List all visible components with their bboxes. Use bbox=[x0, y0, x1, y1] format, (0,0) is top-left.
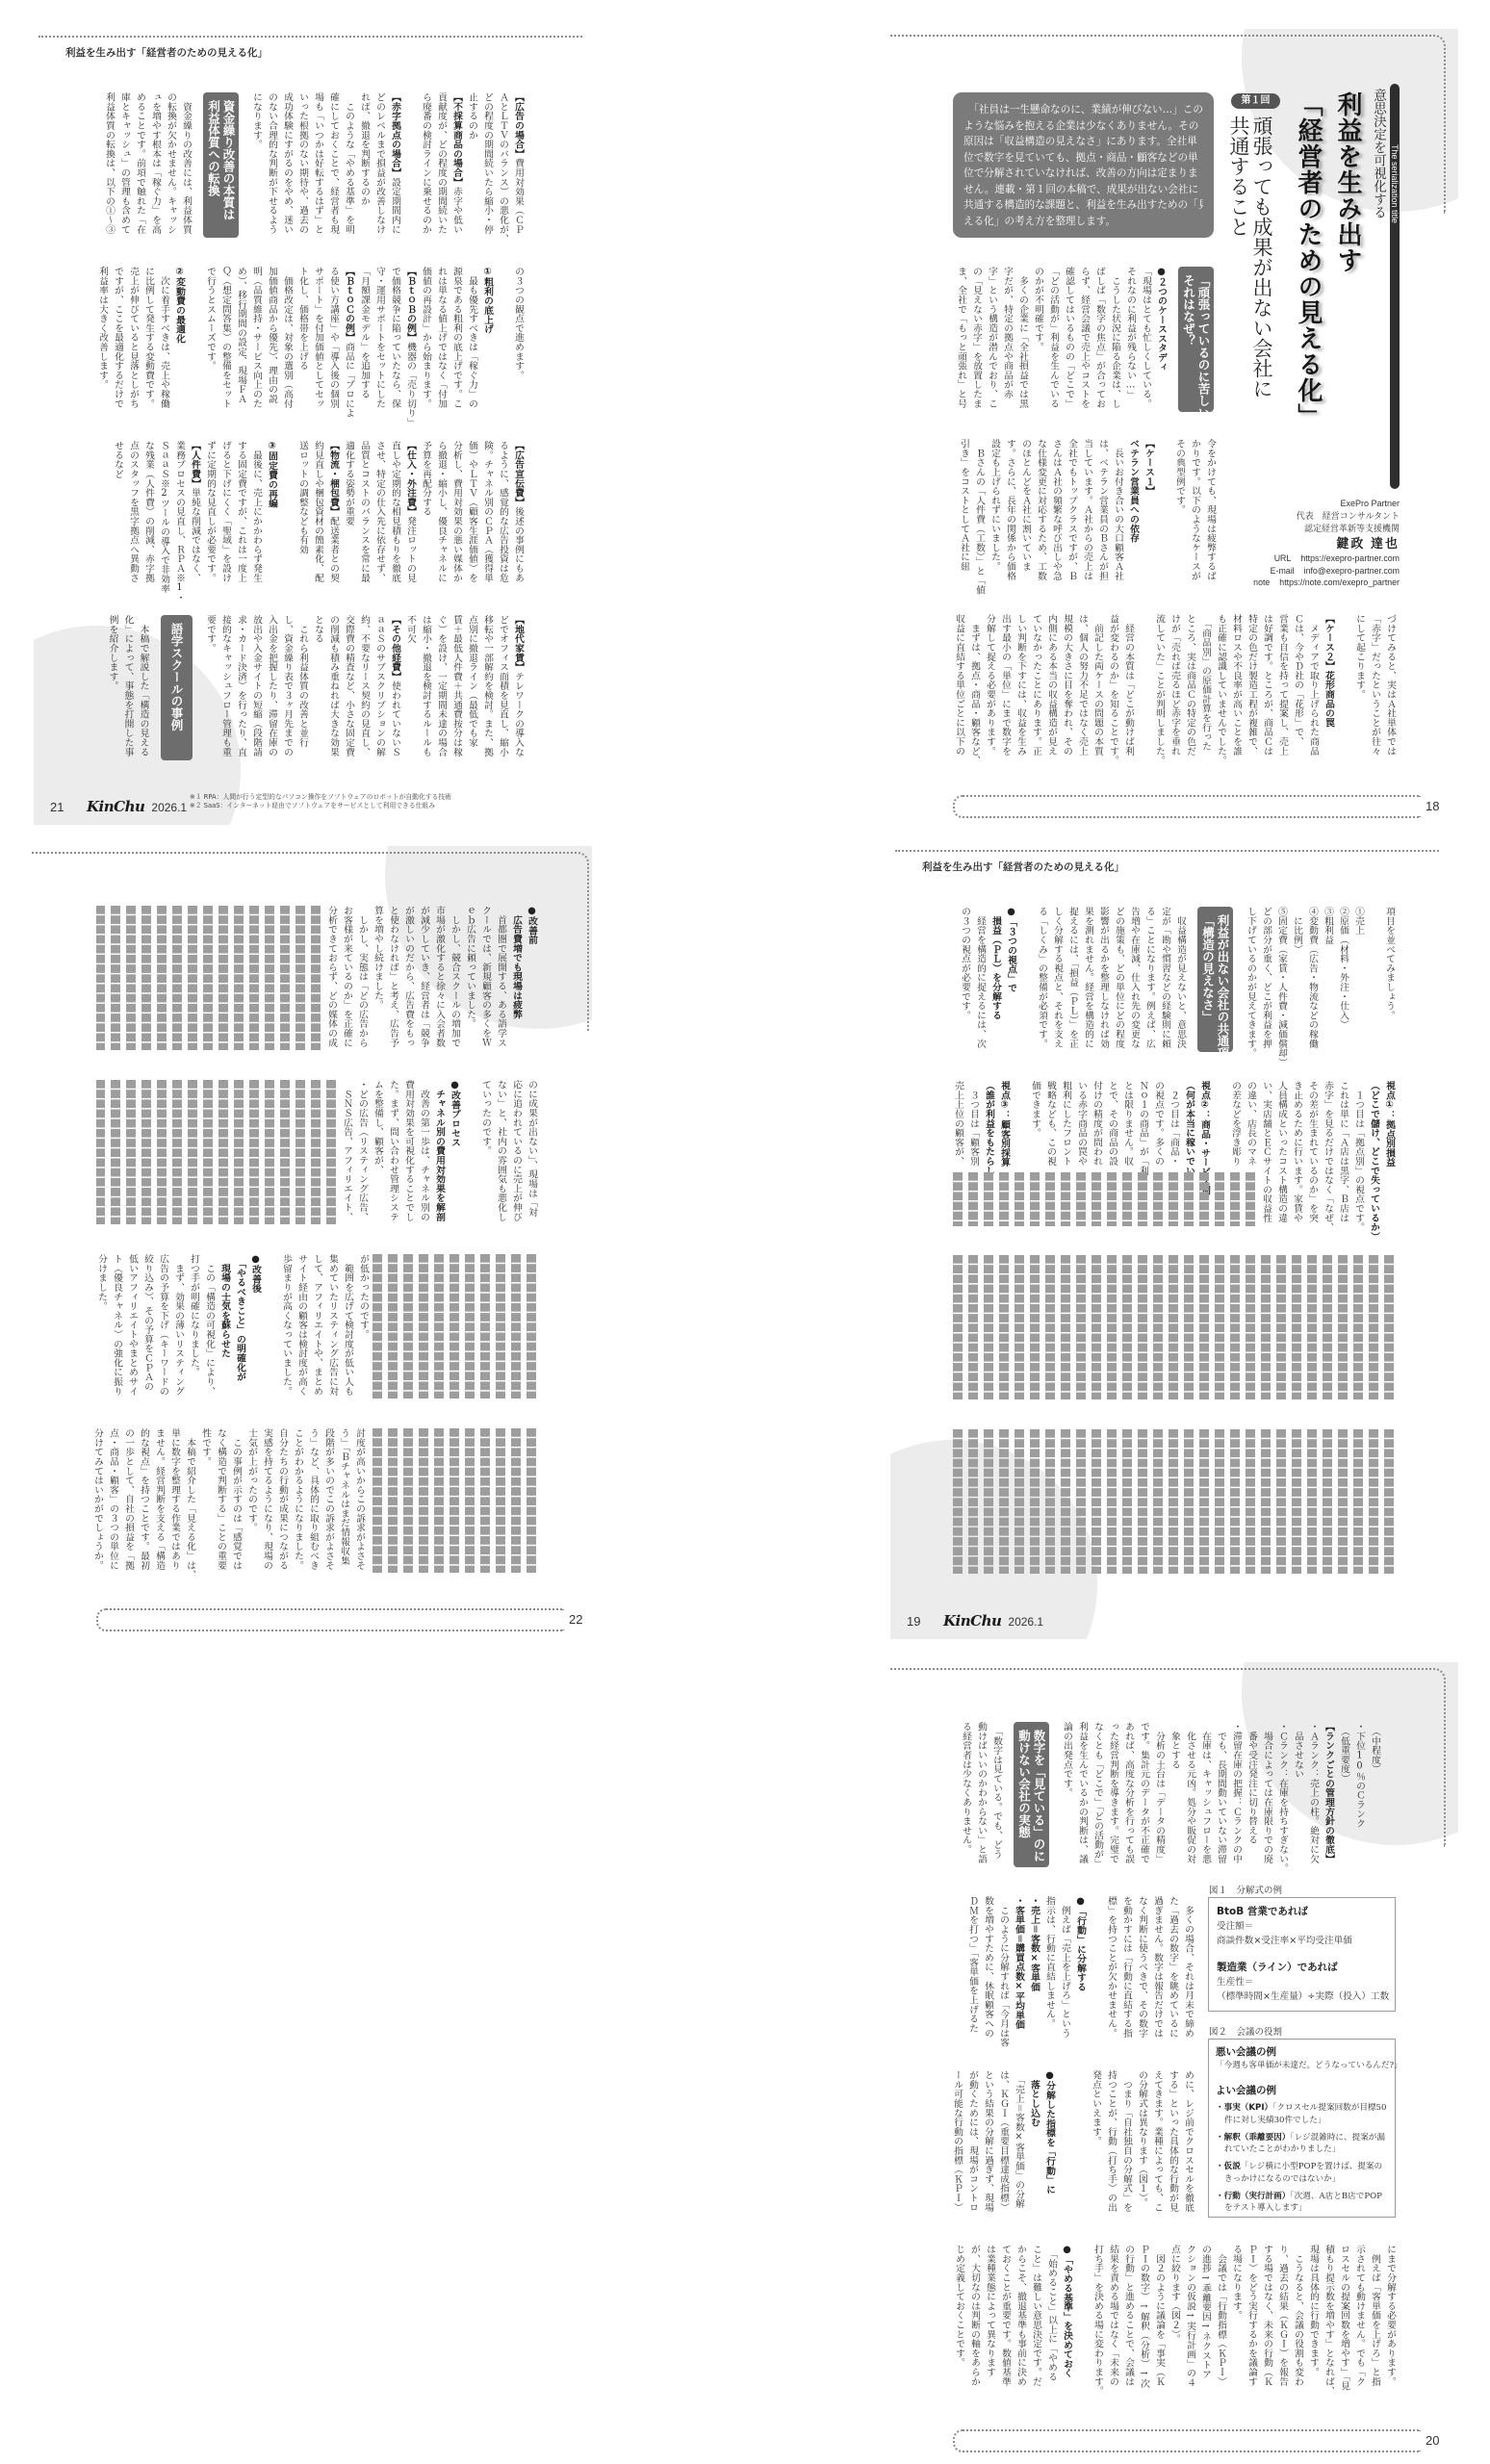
text-column: ＰＩ）をどう実行するかを議論す bbox=[1244, 2245, 1259, 2391]
text-column: 放出や入金サイトの短縮（段階請 bbox=[248, 615, 264, 761]
text-column: にして起こります。 bbox=[1351, 614, 1367, 760]
text-run: 赤字や低い bbox=[451, 187, 462, 234]
good-meeting-item: ・事実（KPI）「クロスセル提案回数が目標50件に対し実績30件でした」 bbox=[1216, 2102, 1388, 2126]
text-column: 分析できておらず、どの媒体の成 bbox=[323, 906, 339, 1052]
author-certification: 認定経営革新等支援機関 bbox=[1253, 523, 1400, 535]
text-column: 点別に撤退ライン（最低でも家 bbox=[464, 615, 479, 761]
text-column: 化させる元凶。処分や販促の対 bbox=[1182, 1722, 1197, 1868]
article-subtitle: 頑張っても成果が出ない会社に 共通すること bbox=[1227, 115, 1273, 398]
text-column: 利益率は大きく改善します。 bbox=[94, 267, 110, 413]
text-column: まずは、拠点・商品・顧客など、 bbox=[966, 614, 982, 760]
text-column: しく分解する視点と、それを支え bbox=[1049, 907, 1065, 1053]
page-22-tier-2: のに成果が出ない」、現場は「対応に追われているのに売上が伸びない」と、社内の雰囲… bbox=[339, 1080, 539, 1226]
page-21-footnotes: ※１ RPA：人間が行う定型的なパソコン操作をソフトウェアのロボットが自動化する… bbox=[190, 793, 451, 810]
text-column: 字だが、特定の拠点や商品が赤 bbox=[999, 267, 1015, 413]
subheading-column: （どこで儲け、どこで失っているか） bbox=[1366, 1081, 1381, 1227]
text-column: 「数字は見ている。でも、どう bbox=[989, 1722, 1004, 1868]
section-heading-line: それはなぜ？ bbox=[1181, 274, 1196, 404]
text-column: 確にしておくことで、経営者も現 bbox=[325, 92, 341, 239]
text-column: 果を測れません。経営を構造的に bbox=[1080, 907, 1095, 1053]
subheading-column: ●改善プロセス bbox=[447, 1080, 462, 1226]
blank-column bbox=[1336, 614, 1351, 760]
text-column: Ｂさんの「人件費（工数）」と「値 bbox=[971, 439, 987, 585]
text-column: ＤＭを打つ」「客単価を上げるた bbox=[964, 1896, 980, 2042]
text-column: 規模の大きさに目を奪われ、その bbox=[1059, 614, 1074, 760]
blank-column bbox=[1018, 907, 1034, 1053]
subheading-column: ●「行動」に分解する bbox=[1072, 1896, 1088, 2042]
illegible-text-region bbox=[367, 1428, 539, 1573]
text-column: 特定の色だけ製造工程が複雑で、 bbox=[1244, 614, 1259, 760]
text-column: お客様が来ているのか」を正確に bbox=[339, 906, 354, 1052]
text-column: ら廃番の検討ラインに乗せるのか bbox=[418, 92, 433, 239]
text-column: 打ち手」を決める場に変わります。 bbox=[1090, 2245, 1105, 2391]
text-column: た「過去の数字」を眺めているに bbox=[1165, 1896, 1180, 2042]
subheading-column: 【ランクごとの管理方針の徹底】 bbox=[1321, 1722, 1336, 1868]
text-column: 数を増やすために、休眠顧客への bbox=[980, 1896, 995, 2042]
text-run: 配送業者との契 bbox=[328, 516, 339, 582]
item-label: ・事実（KPI） bbox=[1216, 2103, 1272, 2113]
text-column: 性です。 bbox=[197, 1428, 213, 1575]
page-21-footer: 21 KinChu 2026.1 bbox=[50, 798, 187, 815]
figure-1-formula-line: 商談件数×受注率×平均受注単価 bbox=[1217, 1934, 1387, 1948]
text-column: なく構造で判断する」ことの重要 bbox=[213, 1428, 228, 1575]
text-column: さんはＡ社の頻繁な呼び出しや急 bbox=[1048, 439, 1064, 585]
inline-bold-label: 【赤字拠点の場合】 bbox=[390, 92, 400, 177]
figure-1-heading: 製造業（ライン）であれば bbox=[1217, 1961, 1387, 1975]
text-column: 資金繰りの改善には、利益体質 bbox=[178, 92, 193, 239]
illegible-text-region bbox=[949, 1172, 1258, 1226]
text-column: 指示は、行動に直結しません。 bbox=[1041, 1896, 1057, 2042]
text-column: ない」と、社内の雰囲気も悪化し bbox=[493, 1080, 508, 1226]
text-column: 求・カード決済）を行ったり、直 bbox=[233, 615, 248, 761]
text-column: る「しくみ」の整備が必須です。 bbox=[1034, 907, 1049, 1053]
text-column: どの部分が重く、どこが利益を押 bbox=[1258, 907, 1273, 1053]
text-column: げると下げにくく「聖域」を設け bbox=[218, 441, 233, 587]
illegible-text-region bbox=[96, 906, 323, 1050]
section-heading-line: 利益体質への転換 bbox=[206, 100, 221, 230]
text-column: 利益を生んでいるかの判断は、議 bbox=[1074, 1722, 1090, 1868]
text-column: になります。 bbox=[248, 92, 264, 239]
text-column: は業種業態によって異なります bbox=[982, 2245, 997, 2391]
section-heading-line: 「構造の見えなさ」 bbox=[1200, 914, 1216, 1044]
blank-column bbox=[187, 267, 202, 413]
text-column: 【その他経費】使われていないＳ bbox=[387, 615, 402, 761]
page-19-tier-1: 項目を並べてみましょう。①売上②原価（材料・外注・仕入）③粗利益④変動費（広告・… bbox=[949, 907, 1397, 1053]
text-column: 低いアフィリエイトやまとめサイ bbox=[124, 1254, 140, 1400]
text-column: 費用対効果を可視化することでし bbox=[400, 1080, 416, 1226]
illegible-text-region bbox=[953, 1429, 1397, 1574]
text-column: は好調です。ところが、商品Ｃは bbox=[1259, 614, 1274, 760]
item-label: ・行動（実行計画） bbox=[1216, 2192, 1290, 2201]
text-column: 守・運用サポートをセットにした bbox=[372, 267, 387, 413]
text-column: 成功体験にすがるのをやめ、迷い bbox=[279, 92, 295, 239]
title-line-2: 「経営者のための見える化」 bbox=[1288, 91, 1327, 429]
text-column: 多くの場合、それは月末で締め bbox=[1180, 1896, 1195, 2042]
text-column: 【赤字拠点の場合】設定期間内に bbox=[387, 92, 402, 239]
lead-line: 共通する構造的な課題と、利益を生み出すための「見 bbox=[963, 197, 1203, 214]
section-heading-box: 利益が出ない会社の共通項「構造の見えなさ」 bbox=[1197, 907, 1233, 1052]
text-column: は、ベテラン営業員のＢさんが担 bbox=[1094, 439, 1110, 585]
figure-1-formula-line: （標準時間×生産量）÷実際（投入）工数 bbox=[1217, 1989, 1387, 2004]
text-column: 化」によって、事態を打開した事 bbox=[120, 615, 136, 761]
illegible-text-region bbox=[371, 1254, 539, 1399]
lead-line: ような悩みを抱える企業は少なくありません。その bbox=[963, 118, 1203, 135]
text-column: 場合によっては在庫限りでの廃 bbox=[1259, 1722, 1274, 1868]
page-22-tier-4: 討度が高いからこの訴求がよさそう」「Ｂチャネルはまだ情報収集段階が多いのでこの訴… bbox=[92, 1428, 367, 1575]
text-column: の３つの視点が必要です。 bbox=[957, 907, 972, 1053]
text-column: 確認してはいるものの「どこで」 bbox=[1061, 267, 1076, 413]
text-column: ①売上 bbox=[1350, 907, 1366, 1053]
text-column: 約、不要なリース契約の見直し、 bbox=[356, 615, 372, 761]
lead-paragraph-box: 「社員は一生懸命なのに、業績が伸びない…」この ような悩みを抱える企業は少なくあ… bbox=[953, 92, 1214, 238]
text-column: 送ロットの調整なども有効 bbox=[295, 441, 310, 587]
text-column: 項目を並べてみましょう。 bbox=[1381, 907, 1397, 1053]
text-column: メディアで取り上げられた商品 bbox=[1305, 614, 1321, 760]
text-column: いった根拠のない期待や、過去の bbox=[295, 92, 310, 239]
text-column: る使い方講座」や「導入後の個別 bbox=[325, 267, 341, 413]
text-column: これは単に「Ａ店は黒字、Ｂ店は bbox=[1335, 1081, 1350, 1227]
lead-line: 位で数字を見ていても、拠点・商品・顧客などの単 bbox=[963, 150, 1203, 167]
text-column: という結果の分解に過ぎず、現場 bbox=[980, 2070, 995, 2217]
blank-column bbox=[495, 267, 510, 413]
text-column: （低重要度） bbox=[1336, 1722, 1351, 1868]
figure-1-formula-line: 受注額＝ bbox=[1217, 1919, 1387, 1934]
text-column: 適化する姿勢が重要 bbox=[341, 441, 356, 587]
section-heading-box: 語学スクールの事例 bbox=[161, 615, 193, 760]
text-column: と使わなければ」と考え、広告予 bbox=[385, 906, 400, 1052]
text-column: 分けました。 bbox=[93, 1254, 109, 1400]
text-column: 会議では「行動指標（ＫＰＩ） bbox=[1213, 2245, 1228, 2391]
subheading-column: ・売上＝客数×客単価 bbox=[1026, 1896, 1041, 2042]
text-column: 品させない bbox=[1290, 1722, 1305, 1868]
text-column: 全社でもトップクラスですが、Ｂ bbox=[1064, 439, 1079, 585]
text-column: 不可欠 bbox=[402, 615, 418, 761]
text-column: サイト経由の顧客は検討度が高く bbox=[294, 1254, 309, 1400]
text-column: かりです。以下のようなケースが bbox=[1187, 439, 1202, 585]
blank-column bbox=[1057, 2070, 1072, 2217]
text-column: ムを整備し、顧客が、 bbox=[370, 1080, 385, 1226]
item-label: ・解釈（乖離要因） bbox=[1216, 2133, 1290, 2143]
magazine-logo: KinChu bbox=[87, 798, 144, 815]
text-column: 分解して捉える必要があります。 bbox=[982, 614, 997, 760]
text-column: 最も優先すべきは「稼ぐ力」の bbox=[464, 267, 479, 413]
figure-1-formula-line: 生産性＝ bbox=[1217, 1975, 1387, 1989]
subheading-column: ●分解した指標を「行動」に bbox=[1041, 2070, 1057, 2217]
text-run: テレワークの導入な bbox=[513, 672, 524, 757]
text-column: その典型例です。 bbox=[1171, 439, 1187, 585]
text-run: 設定期間内に bbox=[390, 177, 400, 234]
text-run: 商品に「プロによ bbox=[344, 342, 354, 417]
text-column: 分析し、費用対効果の悪い媒体か bbox=[449, 441, 464, 587]
text-column: 積もり提示数を増やす」となれば、 bbox=[1321, 2245, 1336, 2391]
text-column: らず、経営会議で売上やコストを bbox=[1076, 267, 1092, 413]
subheading-column: ②変動費の最適化 bbox=[171, 267, 187, 413]
text-column: るように、感覚的な広告投資は危 bbox=[495, 441, 510, 587]
text-column: 「売上＝客数×客単価」の分解 bbox=[1011, 2070, 1026, 2217]
subtitle-line-2: 共通すること bbox=[1227, 115, 1250, 398]
lead-line: 「社員は一生懸命なのに、業績が伸びない…」この bbox=[963, 102, 1203, 118]
text-column: せるなど bbox=[110, 441, 125, 587]
text-column: 源泉である粗利の底上げです。こ bbox=[449, 267, 464, 413]
text-run: 単純な削減ではなく、 bbox=[190, 488, 200, 582]
text-column: 首都圏で展開する、ある語学ス bbox=[493, 906, 508, 1052]
author-contact-note: notehttps://note.com/exepro_partner bbox=[1253, 577, 1400, 589]
text-column: う」「Ｂチャネルはまだ情報収集 bbox=[336, 1428, 351, 1575]
text-column: し、資金繰り表で３ヶ月先までの bbox=[279, 615, 295, 761]
text-column: 出す最小の「単位」にまで数字を bbox=[997, 614, 1013, 760]
text-column: 本稿で紹介した「見える化」は、 bbox=[182, 1428, 197, 1575]
text-column: 本稿で解説した「構造の見える bbox=[136, 615, 151, 761]
text-column: 売上が伸びていると見落としがち bbox=[125, 267, 141, 413]
text-column: ュを増やす根本は「稼ぐ力」を高 bbox=[147, 92, 163, 239]
text-column: 利益体質の転換は、以下の①～③ bbox=[101, 92, 116, 239]
text-column: この事例が示すのは「感覚では bbox=[228, 1428, 244, 1575]
text-column: が動くためには、現場がコントロ bbox=[964, 2070, 980, 2217]
subheading-column: ●改善後 bbox=[247, 1254, 263, 1400]
text-column: どでオフィス面積を見直し、縮小 bbox=[495, 615, 510, 761]
figure-1-caption: 図１ 分解式の例 bbox=[1209, 1883, 1282, 1896]
text-column: 例を紹介します。 bbox=[105, 615, 120, 761]
section-heading-line: 数字を「見ている」のに bbox=[1032, 1730, 1047, 1860]
page-22-tier-1: ●改善前 広告費増でも現場は疲弊 首都圏で展開する、ある語学スクールでは、新規顧… bbox=[323, 906, 539, 1052]
text-column: のない合理的な判断が下せるよう bbox=[264, 92, 279, 239]
text-column: このように分解すれば「今月は客 bbox=[995, 1896, 1011, 2042]
series-episode-badge: 第１回 bbox=[1231, 93, 1280, 109]
subheading-column: 損益（ＰＬ）を分解する bbox=[988, 907, 1003, 1053]
text-column: に比例して発生する変動費です。 bbox=[141, 267, 156, 413]
contact-label: E-mail bbox=[1271, 566, 1295, 576]
text-column: こうなると、会議の役割も変わ bbox=[1290, 2245, 1305, 2391]
text-column: ・滞留在庫の把握：Ｃランクの中 bbox=[1228, 1722, 1244, 1868]
text-column: 点のスタッフを黒字拠点へ異動さ bbox=[125, 441, 141, 587]
text-column: 【不採算商品の場合】赤字や低い bbox=[449, 92, 464, 239]
text-column: 収益構造が見えないと、意思決 bbox=[1172, 907, 1188, 1053]
text-column: が減少していき、経営者は「競争 bbox=[416, 906, 431, 1052]
text-column: 経営の本質は「どこが動けば利 bbox=[1120, 614, 1136, 760]
contact-label: URL bbox=[1274, 553, 1292, 563]
text-column: えてきます。業種によっても、こ bbox=[1149, 2070, 1165, 2217]
text-column: でも、長期間動いていない滞留 bbox=[1213, 1722, 1228, 1868]
blank-column bbox=[1088, 1896, 1103, 2042]
text-column: な仕様変更に対応するため、工数 bbox=[1033, 439, 1048, 585]
page-19-top-rule bbox=[895, 850, 1439, 852]
text-column: 【仕入・外注費】発注ロットの見 bbox=[402, 441, 418, 587]
text-column: のに成果が出ない」、現場は「対 bbox=[524, 1080, 539, 1226]
text-column: クションの仮説→実行計画」の４ bbox=[1182, 2245, 1197, 2391]
subheading-column: 【ケース２】花形商品の罠 bbox=[1321, 614, 1336, 760]
page-21-tier-4: 【地代家賃】テレワークの導入などでオフィス面積を見直し、縮小移転や一部解約を検討… bbox=[92, 615, 526, 761]
item-label: ・仮説 bbox=[1216, 2162, 1241, 2171]
text-column: これら利益体質の改善と並行 bbox=[295, 615, 310, 761]
text-column: 明（品質維持・サービス向上のた bbox=[248, 267, 264, 413]
text-column: めに、レジ前でクロスセルを徹底 bbox=[1180, 2070, 1195, 2217]
text-column: 告増や在庫減、仕入れ先の変更な bbox=[1126, 907, 1142, 1053]
text-column: る経営者は少なくありません。 bbox=[958, 1722, 973, 1868]
author-contact-email: E-mailinfo@exepro-partner.com bbox=[1253, 565, 1400, 577]
blank-column bbox=[402, 92, 418, 239]
text-column: 【ＢｔｏＣの例】商品に「プロによ bbox=[341, 267, 356, 413]
subheading-column: ①粗利の底上げ bbox=[479, 267, 495, 413]
text-column: は縮小・撤退を検討するルールも bbox=[418, 615, 433, 761]
text-column: となる bbox=[310, 615, 325, 761]
text-column: 論の出発点です。 bbox=[1059, 1722, 1074, 1868]
text-column: 広告の予算を下げ（キーワードの bbox=[155, 1254, 170, 1400]
text-column: する」といった具体的な行動が見 bbox=[1165, 2070, 1180, 2217]
text-column: ト（優良チャネル）の強化に振り bbox=[109, 1254, 124, 1400]
text-column: です。集計元のデータが不正確で bbox=[1136, 1722, 1151, 1868]
text-column: る場になります。 bbox=[1228, 2245, 1244, 2391]
text-column: 例えば「売上を上げろ」という bbox=[1057, 1896, 1072, 2042]
text-column: ール可能な行動の指標（ＫＰＩ） bbox=[949, 2070, 964, 2217]
subheading-column: ●「やめる基準」を決めておく bbox=[1059, 2245, 1074, 2391]
figure-2-box: 悪い会議の例 「今週も客単価が未達だ。どうなっているんだ?」 よい会議の例 ・事… bbox=[1208, 2039, 1396, 2218]
text-run: 後述の事例にもあ bbox=[513, 507, 524, 582]
text-column: ＳａａＳ※2ツールの導入で非効率 bbox=[156, 441, 171, 587]
subheading-column: ●改善前 bbox=[524, 906, 539, 1052]
subheading-column: 広告費増でも現場は疲弊 bbox=[508, 906, 524, 1052]
text-column: れは単なる値上げではなく「付加 bbox=[433, 267, 449, 413]
text-column: 打つ手が明確になりました。 bbox=[186, 1254, 201, 1400]
blank-column bbox=[279, 441, 295, 587]
text-column: ②原価（材料・外注・仕入） bbox=[1335, 907, 1350, 1053]
text-column: 示されても動けません。でも「ク bbox=[1351, 2245, 1367, 2391]
subheading-column: 落とし込む bbox=[1026, 2070, 1041, 2217]
good-meeting-item: ・仮説「レジ横に小型POPを置けば、提案のきっかけになるのではないか」 bbox=[1216, 2161, 1388, 2185]
text-column: 「赤字」だったということが往々 bbox=[1367, 614, 1382, 760]
text-column: 接的なキャッシュフロー管理も重 bbox=[218, 615, 233, 761]
figure-2-caption: 図２ 会議の役割 bbox=[1209, 2024, 1282, 2038]
page-19-running-header: 利益を生み出す「経営者のための見える化」 bbox=[922, 860, 1124, 874]
text-run: 発注ロットの見 bbox=[405, 516, 416, 582]
text-column: の３つの観点で進めます。 bbox=[510, 267, 526, 413]
page-number: 19 bbox=[907, 1614, 943, 1629]
text-column: クールでは、新規顧客の多くをＷ bbox=[477, 906, 493, 1052]
text-column: （中程度） bbox=[1367, 1722, 1382, 1868]
text-column: ｅｂ広告に頼っていました。 bbox=[462, 906, 477, 1052]
text-column: ＡとＬＴＶのバランス）の悪化が、 bbox=[495, 92, 510, 239]
text-column: め）、移行期間の設定、現場ＦＡ bbox=[233, 267, 248, 413]
text-column: ません。経営判断を支える「構造 bbox=[151, 1428, 167, 1575]
text-column: 応に追われているのに売上が伸び bbox=[508, 1080, 524, 1226]
page-22-footer-rule bbox=[96, 1608, 564, 1631]
text-column: 価）やＬＴＶ（顧客生涯価値）を bbox=[464, 441, 479, 587]
text-column: 実感を持てるようになり、現場の bbox=[259, 1428, 274, 1575]
text-column: ておくことが重要です。数値基準 bbox=[997, 2245, 1013, 2391]
author-block: ExePro Partner 代表 経営コンサルタント 認定経営革新等支援機関 … bbox=[1253, 498, 1400, 589]
text-column: 業務プロセスの見直し、ＲＰＡ※1・ bbox=[171, 441, 187, 587]
lead-line: せん。連載・第１回の本稿で、成果が出ない会社に bbox=[963, 182, 1203, 198]
text-column: 点・商品・顧客」の３つの単位に bbox=[105, 1428, 120, 1575]
text-column: 改善の第一歩は、チャネル別の bbox=[416, 1080, 431, 1226]
subheading-column: ベテラン営業員への依存 bbox=[1125, 439, 1141, 585]
text-column: も正確に認識していませんでした。 bbox=[1213, 614, 1228, 760]
text-column: ずに定期的な見直しが必要です。 bbox=[202, 441, 218, 587]
text-column: ま、全社で「もっと頑張れ」と号 bbox=[953, 267, 968, 413]
text-column: ぐ）を設け、一定期間未達の場合 bbox=[433, 615, 449, 761]
text-column: 集めていたリスティング広告に対 bbox=[324, 1254, 340, 1400]
text-column: しい判断を下すには、収益を生み bbox=[1013, 614, 1028, 760]
text-column: に比例） bbox=[1289, 907, 1304, 1053]
section-heading-line: 動けない会社の実態 bbox=[1016, 1730, 1032, 1860]
text-column: 険。チャネル別のＣＰＡ（獲得単 bbox=[479, 441, 495, 587]
text-column: 持つことが、行動（打ち手）の出 bbox=[1103, 2070, 1118, 2217]
subheading-column: 視点①：拠点別損益 bbox=[1381, 1081, 1397, 1227]
text-column: 【ＢｔｏＢの例】機器の「売り切り」 bbox=[402, 267, 418, 413]
good-meeting-heading: よい会議の例 bbox=[1216, 2084, 1388, 2098]
author-contact-url: URLhttps://exepro-partner.com bbox=[1253, 552, 1400, 565]
text-column: 現場は具体的に行動できます。 bbox=[1305, 2245, 1321, 2391]
text-column: 絞り込み）、その予算をＣＰＡの bbox=[140, 1254, 155, 1400]
text-column: 番や受注発注に切り替える bbox=[1244, 1722, 1259, 1868]
text-column: どのレベルまで損益が改善しなけ bbox=[372, 92, 387, 239]
subtitle-line-1: 頑張っても成果が出ない会社に bbox=[1250, 115, 1273, 398]
contact-value: info@exepro-partner.com bbox=[1304, 566, 1400, 576]
author-company: ExePro Partner bbox=[1253, 498, 1400, 510]
article-title: 利益を生み出す 「経営者のための見える化」 bbox=[1288, 91, 1367, 429]
inline-bold-label: 【人件費】 bbox=[190, 441, 200, 488]
illegible-text-region bbox=[96, 1080, 339, 1224]
text-column: 歩留まりが高くなっていました。 bbox=[278, 1254, 294, 1400]
item-text: 「レジ横に小型POPを置けば、提案のきっかけになるのではないか」 bbox=[1224, 2162, 1382, 2184]
text-column: 討度が高いからこの訴求がよさそ bbox=[351, 1428, 367, 1575]
text-column: ト化し、価格帯を上げる bbox=[295, 267, 310, 413]
lead-line: 原因は「収益構造の見えなさ」にあります。全社単 bbox=[963, 134, 1203, 150]
text-column: 捉えるには、「損益（ＰＬ）」を正 bbox=[1065, 907, 1080, 1053]
text-column: なく判断に使うべきで、その数字 bbox=[1134, 1896, 1149, 2042]
text-column: 「商品別」の原価計算を行った bbox=[1197, 614, 1213, 760]
text-column: ていったのです。 bbox=[477, 1080, 493, 1226]
text-column: う」など、具体的に取り組むべき bbox=[305, 1428, 321, 1575]
author-role: 代表 経営コンサルタント bbox=[1253, 510, 1400, 523]
page-18-tier-upper: 「頑張っているのに苦しい」それはなぜ？●２つのケーススタディ「現場はとても忙しく… bbox=[953, 267, 1223, 413]
text-column: 【地代家賃】テレワークの導入な bbox=[510, 615, 526, 761]
text-column: のかが不明確です。 bbox=[1030, 267, 1045, 413]
text-column: で行うとスムーズです。 bbox=[202, 267, 218, 413]
text-column: 品質とコストのバランスを常に最 bbox=[356, 441, 372, 587]
blank-column bbox=[1072, 2070, 1088, 2217]
text-column: しかし、競合スクールの増加で bbox=[447, 906, 462, 1052]
text-column: 約見直しや梱包資材の簡素化、配 bbox=[310, 441, 325, 587]
text-column: ・Ａランク：売上の柱。絶対に欠 bbox=[1305, 1722, 1321, 1868]
text-column: 【物流・梱包費】配送業者との契 bbox=[325, 441, 341, 587]
text-column: 【広告の場合】費用対効果（ＣＰ bbox=[510, 92, 526, 239]
blank-column bbox=[1366, 907, 1381, 1053]
text-column: 標」を持つことが欠かせません。 bbox=[1103, 1896, 1118, 2042]
page-number: 21 bbox=[50, 800, 87, 814]
blank-column bbox=[1156, 439, 1171, 585]
text-column: 入出金を把握したり、滞留在庫の bbox=[264, 615, 279, 761]
text-column: た。まず、問い合わせ管理システ bbox=[385, 1080, 400, 1226]
subheading-column: ●２つのケーススタディ bbox=[1153, 267, 1169, 413]
text-column: 【広告宣伝費】後述の事例にもあ bbox=[510, 441, 526, 587]
text-column: 流していた」ことが判明しました。 bbox=[1151, 614, 1167, 760]
text-column: 価値の再設計」から始まります。 bbox=[418, 267, 433, 413]
inline-bold-label: 【ＢｔｏＢの例】 bbox=[405, 267, 416, 342]
text-column: が、大切なのは判断の軸をあらか bbox=[966, 2245, 982, 2391]
text-column: 影響が出るかを整理しなければ効 bbox=[1095, 907, 1111, 1053]
text-column: なくとも「どこで」「どの活動が」 bbox=[1090, 1722, 1105, 1868]
blank-column bbox=[462, 1080, 477, 1226]
text-column: 単に数字を整理する作業ではあり bbox=[167, 1428, 182, 1575]
page-18-footer-rule bbox=[953, 795, 1421, 818]
text-column: づけてみると、実はＡ社単体では bbox=[1382, 614, 1398, 760]
text-column: の進捗→乖離要因→ネクストア bbox=[1197, 2245, 1213, 2391]
text-column: ロスセルの提案回数を増やす」「見 bbox=[1336, 2245, 1351, 2391]
text-column: めることです。前項で触れた「在 bbox=[132, 92, 147, 239]
subheading-column: ●「３つの視点」で bbox=[1003, 907, 1018, 1053]
text-column: サポート」を付加価値としてセッ bbox=[310, 267, 325, 413]
text-column: 営業も自信を持って提案し、売上 bbox=[1274, 614, 1290, 760]
